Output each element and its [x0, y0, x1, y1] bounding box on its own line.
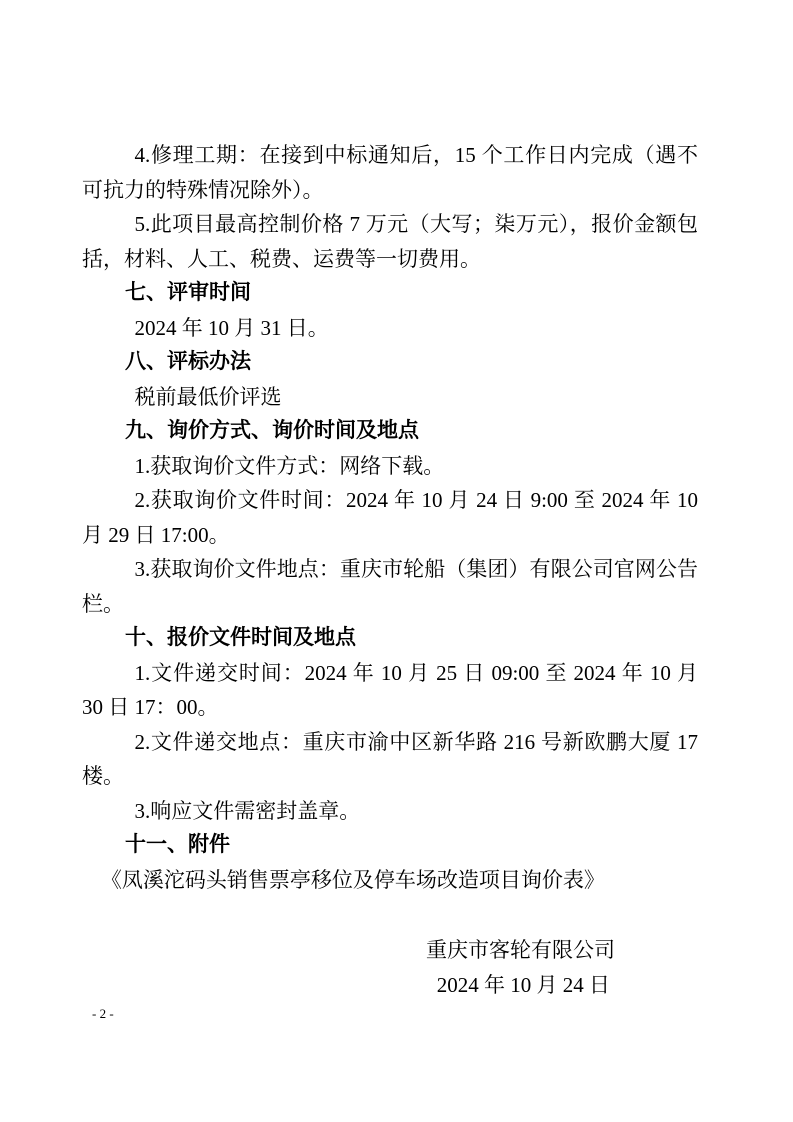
- attachment-title: 《凤溪沱码头销售票亭移位及停车场改造项目询价表》: [82, 863, 698, 898]
- heading-9-inquiry-method-time-location: 九、询价方式、询价时间及地点: [82, 414, 698, 449]
- signature-date: 2024 年 10 月 24 日: [82, 968, 698, 1003]
- inquiry-file-location: 3.获取询价文件地点：重庆市轮船（集团）有限公司官网公告栏。: [82, 552, 698, 621]
- file-submission-location: 2.文件递交地点：重庆市渝中区新华路 216 号新欧鹏大厦 17 楼。: [82, 725, 698, 794]
- clause-5-max-price: 5.此项目最高控制价格 7 万元（大写；柒万元），报价金额包括，材料、人工、税费…: [82, 207, 698, 276]
- inquiry-file-time: 2.获取询价文件时间：2024 年 10 月 24 日 9:00 至 2024 …: [82, 483, 698, 552]
- inquiry-file-method: 1.获取询价文件方式：网络下载。: [82, 449, 698, 484]
- signature-block: 重庆市客轮有限公司 2024 年 10 月 24 日: [82, 933, 698, 1002]
- page-number: - 2 -: [92, 1006, 114, 1022]
- heading-11-attachment: 十一、附件: [82, 828, 698, 863]
- file-submission-time: 1.文件递交时间：2024 年 10 月 25 日 09:00 至 2024 年…: [82, 656, 698, 725]
- heading-10-quotation-file-time-location: 十、报价文件时间及地点: [82, 621, 698, 656]
- signature-company: 重庆市客轮有限公司: [82, 933, 698, 968]
- heading-8-evaluation-method: 八、评标办法: [82, 345, 698, 380]
- document-page: 4.修理工期：在接到中标通知后，15 个工作日内完成（遇不可抗力的特殊情况除外）…: [0, 0, 793, 1122]
- review-date: 2024 年 10 月 31 日。: [82, 311, 698, 346]
- file-sealing-requirement: 3.响应文件需密封盖章。: [82, 794, 698, 829]
- heading-7-review-time: 七、评审时间: [82, 276, 698, 311]
- document-body: 4.修理工期：在接到中标通知后，15 个工作日内完成（遇不可抗力的特殊情况除外）…: [82, 138, 698, 1002]
- evaluation-method: 税前最低价评选: [82, 380, 698, 415]
- clause-4-repair-period: 4.修理工期：在接到中标通知后，15 个工作日内完成（遇不可抗力的特殊情况除外）…: [82, 138, 698, 207]
